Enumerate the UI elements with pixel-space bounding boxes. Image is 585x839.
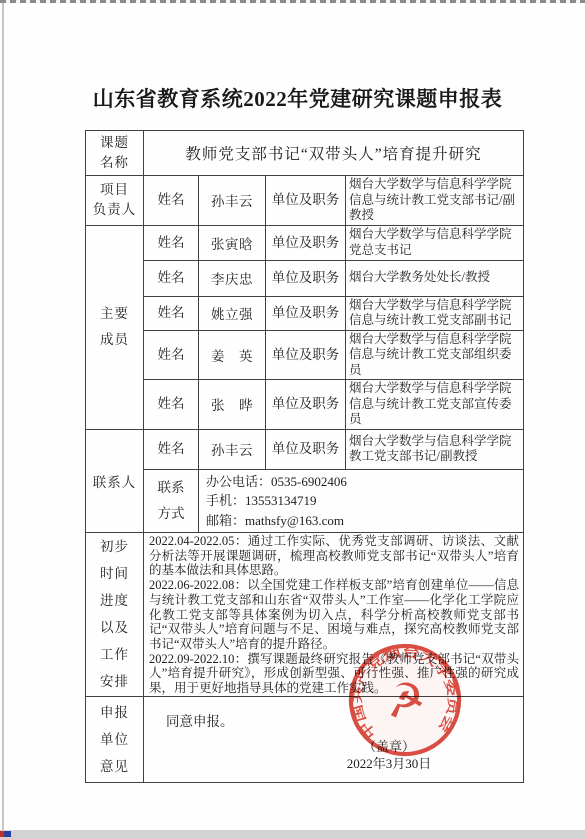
member-name-value: 张寅晗 xyxy=(199,225,266,260)
schedule-paragraph-2: 2022.06-2022.08：以全国党建工作样板支部”培育创建单位——信息与统… xyxy=(149,578,519,652)
row-member-4: 姓名 姜 英 单位及职务 烟台大学数学与信息科学学院信息与统计教工党支部组织委员 xyxy=(86,330,524,380)
member-name-value: 姚立强 xyxy=(199,296,266,330)
member-unit-value: 烟台大学数学与信息科学学院信息与统计教工党支部组织委员 xyxy=(346,330,524,380)
row-schedule: 初步 时间 进度 以及 工作 安排 2022.04-2022.05：通过工作实际… xyxy=(86,533,524,697)
row-contact-person: 联系人 姓名 孙丰云 单位及职务 烟台大学数学与信息科学学院教工党支部书记/副教… xyxy=(86,429,524,469)
label-unit-title: 单位及职务 xyxy=(266,296,346,330)
row-project-leader: 项目 负责人 姓名 孙丰云 单位及职务 烟台大学数学与信息科学学院信息与统计教工… xyxy=(86,176,524,226)
label-name: 姓名 xyxy=(144,176,199,226)
scan-artifact-blue xyxy=(4,831,11,837)
leader-name-value: 孙丰云 xyxy=(199,176,266,226)
contact-method-values: 办公电话：0535-6902406 手机：13553134719 邮箱：math… xyxy=(199,469,524,533)
contact-unit-value: 烟台大学数学与信息科学学院教工党支部书记/副教授 xyxy=(346,429,524,469)
scan-edge-top xyxy=(0,0,585,3)
contact-name-value: 孙丰云 xyxy=(199,429,266,469)
member-name-value: 张 晔 xyxy=(199,380,266,430)
seal-note: （盖章） xyxy=(319,738,459,755)
label-schedule: 初步 时间 进度 以及 工作 安排 xyxy=(86,533,144,697)
document-title: 山东省教育系统2022年党建研究课题申报表 xyxy=(10,83,585,113)
label-unit-title: 单位及职务 xyxy=(266,260,346,296)
row-member-5: 姓名 张 晔 单位及职务 烟台大学数学与信息科学学院信息与统计教工党支部宣传委员 xyxy=(86,380,524,430)
row-member-3: 姓名 姚立强 单位及职务 烟台大学数学与信息科学学院信息与统计教工党支部副书记 xyxy=(86,296,524,330)
member-name-value: 姜 英 xyxy=(199,330,266,380)
label-topic-name: 课题 名称 xyxy=(86,131,144,176)
scan-edge-left xyxy=(2,3,4,830)
label-name: 姓名 xyxy=(144,225,199,260)
label-name: 姓名 xyxy=(144,380,199,430)
application-form-table: 课题 名称 教师党支部书记“双带头人”培育提升研究 项目 负责人 姓名 孙丰云 … xyxy=(85,130,524,783)
label-name: 姓名 xyxy=(144,330,199,380)
row-member-2: 姓名 李庆忠 单位及职务 烟台大学教务处处长/教授 xyxy=(86,260,524,296)
label-project-leader: 项目 负责人 xyxy=(86,176,144,226)
label-contact-method: 联系 方式 xyxy=(144,469,199,533)
approval-text: 同意申报。 xyxy=(166,710,234,730)
member-unit-value: 烟台大学教务处处长/教授 xyxy=(346,260,524,296)
scanned-document-page: 山东省教育系统2022年党建研究课题申报表 课题 名称 教师党支部书记“双带头人… xyxy=(0,0,585,839)
member-name-value: 李庆忠 xyxy=(199,260,266,296)
unit-opinion-cell: 同意申报。 （盖章） 2022年3月30日 xyxy=(144,696,524,782)
label-name: 姓名 xyxy=(144,260,199,296)
row-unit-opinion: 申报 单位 意见 同意申报。 （盖章） 2022年3月30日 xyxy=(86,696,524,782)
label-unit-title: 单位及职务 xyxy=(266,176,346,226)
topic-name-value: 教师党支部书记“双带头人”培育提升研究 xyxy=(144,131,524,176)
label-name: 姓名 xyxy=(144,429,199,469)
label-contact-person: 联系人 xyxy=(86,429,144,533)
row-member-1: 主要 成员 姓名 张寅晗 单位及职务 烟台大学数学与信息科学学院党总支书记 xyxy=(86,225,524,260)
row-contact-method: 联系 方式 办公电话：0535-6902406 手机：13553134719 邮… xyxy=(86,469,524,533)
contact-office-phone: 办公电话：0535-6902406 xyxy=(206,472,519,492)
label-unit-title: 单位及职务 xyxy=(266,330,346,380)
row-topic-name: 课题 名称 教师党支部书记“双带头人”培育提升研究 xyxy=(86,131,524,176)
member-unit-value: 烟台大学数学与信息科学学院党总支书记 xyxy=(346,225,524,260)
label-name: 姓名 xyxy=(144,296,199,330)
label-unit-title: 单位及职务 xyxy=(266,429,346,469)
label-unit-opinion: 申报 单位 意见 xyxy=(86,696,144,782)
seal-note-block: （盖章） 2022年3月30日 xyxy=(319,738,459,772)
schedule-paragraph-1: 2022.04-2022.05：通过工作实际、优秀党支部调研、访谈法、文献分析法… xyxy=(149,534,519,578)
schedule-paragraph-3: 2022.09-2022.10：撰写课题最终研究报告《教师党支部书记“双带头人”… xyxy=(149,652,519,696)
leader-unit-value: 烟台大学数学与信息科学学院信息与统计教工党支部书记/副教授 xyxy=(346,176,524,226)
scan-edge-bottom xyxy=(0,830,585,839)
opinion-date: 2022年3月30日 xyxy=(319,755,459,772)
member-unit-value: 烟台大学数学与信息科学学院信息与统计教工党支部副书记 xyxy=(346,296,524,330)
contact-email: 邮箱：mathsfy@163.com xyxy=(206,511,519,531)
label-unit-title: 单位及职务 xyxy=(266,380,346,430)
contact-mobile: 手机：13553134719 xyxy=(206,491,519,511)
label-unit-title: 单位及职务 xyxy=(266,225,346,260)
member-unit-value: 烟台大学数学与信息科学学院信息与统计教工党支部宣传委员 xyxy=(346,380,524,430)
schedule-text: 2022.04-2022.05：通过工作实际、优秀党支部调研、访谈法、文献分析法… xyxy=(144,533,524,697)
label-main-members: 主要 成员 xyxy=(86,225,144,429)
